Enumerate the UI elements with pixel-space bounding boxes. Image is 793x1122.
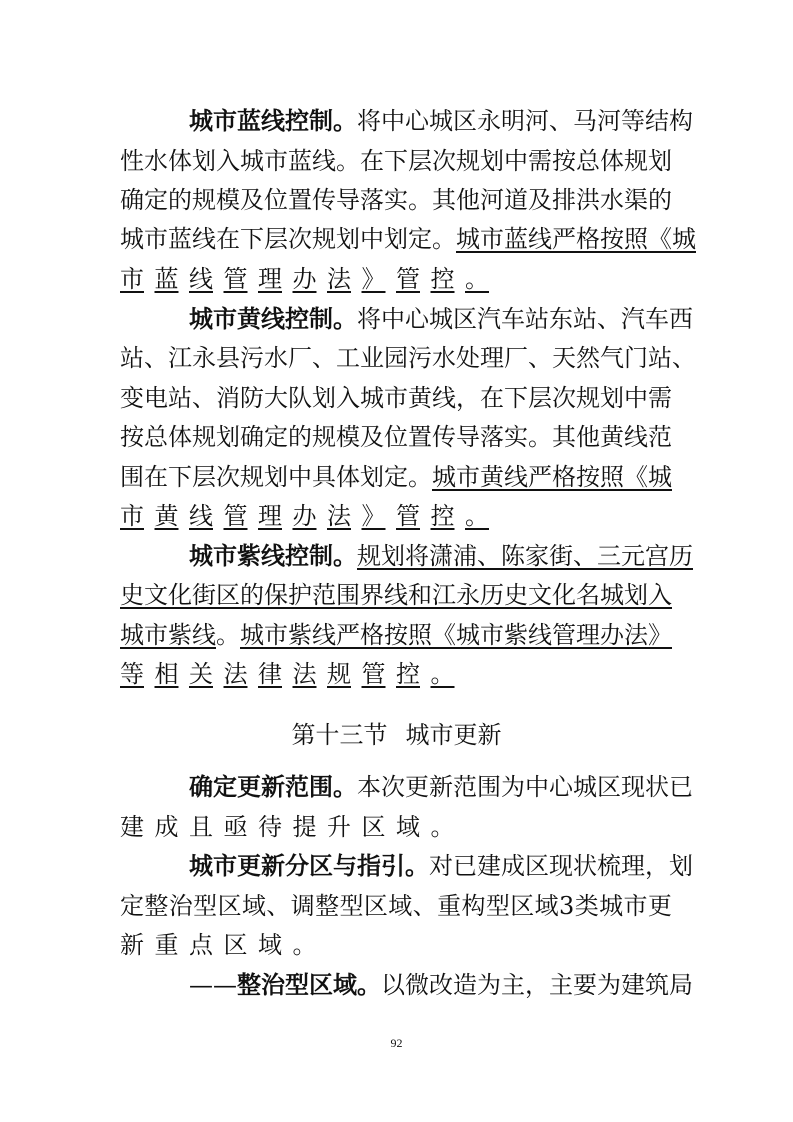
text-glyph: 更 xyxy=(237,851,261,881)
text-glyph: 城 xyxy=(456,224,480,254)
text-glyph: 导 xyxy=(456,422,480,452)
text-glyph: 且 xyxy=(189,812,213,842)
text-line: 城市蓝线控制。将中心城区永明河、马河等结构 xyxy=(189,106,672,136)
text-glyph: 层 xyxy=(264,224,288,254)
text-glyph: 黄 xyxy=(408,383,432,413)
text-glyph: 中 xyxy=(624,383,648,413)
text-glyph: 管 xyxy=(362,659,386,689)
text-glyph: 厂 xyxy=(288,343,312,373)
text-glyph: 的 xyxy=(648,185,672,215)
text-line: 市蓝线管理办法》管控。 xyxy=(120,264,672,294)
text-line: ——整治型区域。以微改造为主，主要为建筑局 xyxy=(189,970,672,1000)
text-glyph: 文 xyxy=(144,580,168,610)
text-glyph: 市 xyxy=(144,224,168,254)
text-glyph: 。 xyxy=(293,930,317,960)
text-glyph: 气 xyxy=(600,343,624,373)
text-glyph: 护 xyxy=(288,580,312,610)
text-glyph: 市 xyxy=(144,620,168,650)
text-glyph: 黄 xyxy=(155,501,179,531)
text-glyph: 域 xyxy=(535,891,559,921)
text-glyph: 区 xyxy=(597,772,621,802)
text-glyph: 其 xyxy=(432,185,456,215)
text-glyph: 界 xyxy=(360,580,384,610)
text-glyph: 相 xyxy=(155,659,179,689)
text-glyph: 规 xyxy=(312,422,336,452)
text-glyph: 。 xyxy=(357,970,381,1000)
text-glyph: 治 xyxy=(261,970,285,1000)
text-glyph: 成 xyxy=(155,812,179,842)
text-glyph: 状 xyxy=(645,772,669,802)
text-glyph: 控 xyxy=(285,541,309,571)
text-line: 按总体规划确定的规模及位置传导落实。其他黄线范 xyxy=(120,422,672,452)
text-glyph: 建 xyxy=(120,812,144,842)
text-glyph: 将 xyxy=(405,541,429,571)
text-glyph: 门 xyxy=(624,343,648,373)
text-glyph: 市 xyxy=(623,891,647,921)
text-glyph: 城 xyxy=(429,304,453,334)
text-glyph: 新 xyxy=(120,930,144,960)
text-glyph: 污 xyxy=(408,343,432,373)
text-glyph: 按 xyxy=(120,422,144,452)
text-glyph: 提 xyxy=(293,812,317,842)
text-glyph: 划 xyxy=(600,383,624,413)
text-glyph: 范 xyxy=(648,422,672,452)
text-line: 城市黄线控制。将中心城区汽车站东站、汽车西 xyxy=(189,304,672,334)
text-glyph: 理 xyxy=(258,264,282,294)
text-glyph: 范 xyxy=(453,772,477,802)
text-glyph: 中 xyxy=(288,462,312,492)
text-glyph: 层 xyxy=(408,146,432,176)
text-glyph: 确 xyxy=(189,772,213,802)
text-line: 性水体划入城市蓝线。在下层次规划中需按总体规划 xyxy=(120,146,672,176)
text-glyph: 体 xyxy=(168,146,192,176)
text-glyph: 线 xyxy=(192,224,216,254)
text-glyph: 。 xyxy=(336,146,360,176)
text-glyph: 、 xyxy=(528,343,552,373)
text-glyph: 需 xyxy=(648,383,672,413)
text-glyph: 蓝 xyxy=(288,146,312,176)
text-glyph: 家 xyxy=(525,541,549,571)
text-glyph: 照 xyxy=(408,620,432,650)
text-glyph: 下 xyxy=(168,462,192,492)
text-line: 定整治型区域、调整型区域、重构型区域3类城市更 xyxy=(120,891,672,921)
text-glyph: 的 xyxy=(240,580,264,610)
text-glyph: 。 xyxy=(408,462,432,492)
text-glyph: 实 xyxy=(384,185,408,215)
text-glyph: 市 xyxy=(120,264,144,294)
text-glyph: 名 xyxy=(576,580,600,610)
text-glyph: 规 xyxy=(192,422,216,452)
text-glyph: 。 xyxy=(465,264,489,294)
text-glyph: 定 xyxy=(144,185,168,215)
text-glyph: 线 xyxy=(261,304,285,334)
text-glyph: 业 xyxy=(360,343,384,373)
text-glyph: 汽 xyxy=(621,304,645,334)
text-glyph: 传 xyxy=(312,185,336,215)
text-glyph: 规 xyxy=(327,659,351,689)
text-glyph: 江 xyxy=(432,580,456,610)
text-glyph: 河 xyxy=(525,106,549,136)
text-glyph: 及 xyxy=(360,422,384,452)
text-glyph: 现 xyxy=(621,772,645,802)
text-glyph: 城 xyxy=(600,580,624,610)
text-glyph: 变 xyxy=(120,383,144,413)
text-glyph: 。 xyxy=(333,541,357,571)
text-glyph: — xyxy=(189,970,213,1000)
text-glyph: 定 xyxy=(120,891,144,921)
text-glyph: 已 xyxy=(453,851,477,881)
text-glyph: 定 xyxy=(213,772,237,802)
text-glyph: 新 xyxy=(429,772,453,802)
text-glyph: 模 xyxy=(336,422,360,452)
text-glyph: 站 xyxy=(120,343,144,373)
text-glyph: 线 xyxy=(312,620,336,650)
text-glyph: 位 xyxy=(384,422,408,452)
text-glyph: 永 xyxy=(477,106,501,136)
text-glyph: 域 xyxy=(333,970,357,1000)
text-glyph: 城 xyxy=(189,541,213,571)
text-glyph: 法 xyxy=(224,659,248,689)
text-glyph: 中 xyxy=(525,772,549,802)
text-glyph: 在 xyxy=(480,383,504,413)
text-glyph: 域 xyxy=(388,891,412,921)
text-glyph: 按 xyxy=(576,462,600,492)
page-number: 92 xyxy=(0,1036,793,1051)
text-glyph: 律 xyxy=(258,659,282,689)
text-glyph: 落 xyxy=(480,422,504,452)
text-glyph: 划 xyxy=(264,462,288,492)
text-glyph: 的 xyxy=(168,185,192,215)
text-glyph: 等 xyxy=(120,659,144,689)
text-glyph: 体 xyxy=(168,422,192,452)
text-glyph: 区 xyxy=(309,970,333,1000)
text-glyph: 现 xyxy=(549,851,573,881)
text-glyph: 在 xyxy=(360,146,384,176)
text-line: 新重点区域。 xyxy=(120,930,672,960)
text-glyph: 。 xyxy=(333,106,357,136)
text-glyph: 构 xyxy=(461,891,485,921)
text-glyph: 史 xyxy=(504,580,528,610)
text-glyph: 引 xyxy=(381,851,405,881)
text-glyph: 范 xyxy=(312,580,336,610)
text-glyph: 元 xyxy=(621,541,645,571)
text-glyph: 点 xyxy=(189,930,213,960)
text-glyph: 围 xyxy=(309,772,333,802)
text-glyph: 街 xyxy=(549,541,573,571)
text-line: 变电站、消防大队划入城市黄线，在下层次规划中需 xyxy=(120,383,672,413)
text-glyph: 保 xyxy=(264,580,288,610)
text-line: 确定更新范围。本次更新范围为中心城区现状已 xyxy=(189,772,672,802)
text-glyph: 类 xyxy=(575,891,599,921)
text-glyph: 心 xyxy=(549,772,573,802)
text-glyph: 构 xyxy=(669,106,693,136)
text-glyph: 划 xyxy=(384,224,408,254)
text-glyph: 线 xyxy=(504,462,528,492)
text-glyph: 围 xyxy=(477,772,501,802)
text-glyph: 以 xyxy=(381,970,405,1000)
text-glyph: 划 xyxy=(480,146,504,176)
text-line: 城市更新分区与指引。对已建成区现状梳理，划 xyxy=(189,851,672,881)
text-glyph: 、 xyxy=(192,383,216,413)
text-glyph: 河 xyxy=(597,106,621,136)
text-glyph: 规 xyxy=(357,541,381,571)
text-glyph: 理 xyxy=(480,343,504,373)
text-glyph: 层 xyxy=(192,462,216,492)
text-glyph: 区 xyxy=(309,851,333,881)
text-glyph: 严 xyxy=(552,224,576,254)
text-glyph: 办 xyxy=(600,620,624,650)
text-glyph: 蓝 xyxy=(155,264,179,294)
text-glyph: 。 xyxy=(528,422,552,452)
text-glyph: 线 xyxy=(432,383,456,413)
text-glyph: 心 xyxy=(405,106,429,136)
text-glyph: 按 xyxy=(600,224,624,254)
text-glyph: 线 xyxy=(624,422,648,452)
text-glyph: 东 xyxy=(549,304,573,334)
text-glyph: 城 xyxy=(672,224,696,254)
text-glyph: 。 xyxy=(431,659,455,689)
text-glyph: 中 xyxy=(504,146,528,176)
text-glyph: 区 xyxy=(453,304,477,334)
text-glyph: 结 xyxy=(645,106,669,136)
text-glyph: 然 xyxy=(576,343,600,373)
section-title: 城市更新 xyxy=(406,721,502,749)
text-glyph: 区 xyxy=(224,930,248,960)
text-glyph: 站 xyxy=(168,383,192,413)
text-glyph: ， xyxy=(456,383,480,413)
text-glyph: 梳 xyxy=(597,851,621,881)
text-glyph: 、 xyxy=(597,304,621,334)
text-glyph: 按 xyxy=(384,620,408,650)
text-glyph: 明 xyxy=(501,106,525,136)
text-glyph: 域 xyxy=(242,891,266,921)
text-glyph: 照 xyxy=(600,462,624,492)
text-glyph: 规 xyxy=(576,383,600,413)
text-glyph: 陈 xyxy=(501,541,525,571)
text-glyph: 历 xyxy=(669,541,693,571)
text-glyph: 市 xyxy=(213,541,237,571)
section-heading: 第十三节城市更新 xyxy=(0,720,793,750)
text-glyph: 为 xyxy=(501,772,525,802)
text-glyph: 入 xyxy=(336,383,360,413)
text-glyph: 主 xyxy=(501,970,525,1000)
text-glyph: 对 xyxy=(429,851,453,881)
text-glyph: 城 xyxy=(429,106,453,136)
text-glyph: 市 xyxy=(264,146,288,176)
text-glyph: 定 xyxy=(408,224,432,254)
text-glyph: 划 xyxy=(648,146,672,176)
text-glyph: 传 xyxy=(432,422,456,452)
text-glyph: 区 xyxy=(218,891,242,921)
text-glyph: 总 xyxy=(576,146,600,176)
text-glyph: 划 xyxy=(192,146,216,176)
text-glyph: 更 xyxy=(237,772,261,802)
text-glyph: 范 xyxy=(285,772,309,802)
text-glyph: 次 xyxy=(216,462,240,492)
text-glyph: 大 xyxy=(264,383,288,413)
text-glyph: 法 xyxy=(293,659,317,689)
text-glyph: 划 xyxy=(336,224,360,254)
text-glyph: 及 xyxy=(240,185,264,215)
text-glyph: 制 xyxy=(309,106,333,136)
text-glyph: 划 xyxy=(312,383,336,413)
text-glyph: 为 xyxy=(597,970,621,1000)
text-glyph: 和 xyxy=(408,580,432,610)
text-glyph: 线 xyxy=(261,106,285,136)
text-glyph: 制 xyxy=(309,541,333,571)
text-glyph: 型 xyxy=(285,970,309,1000)
text-glyph: 消 xyxy=(216,383,240,413)
text-glyph: 永 xyxy=(192,343,216,373)
text-glyph: 城 xyxy=(240,620,264,650)
text-glyph: 、 xyxy=(672,343,696,373)
text-glyph: 制 xyxy=(309,304,333,334)
text-glyph: 区 xyxy=(525,851,549,881)
text-glyph: 本 xyxy=(357,772,381,802)
text-glyph: 为 xyxy=(477,970,501,1000)
text-glyph: 控 xyxy=(285,304,309,334)
text-glyph: 车 xyxy=(501,304,525,334)
text-glyph: 置 xyxy=(288,185,312,215)
text-glyph: 严 xyxy=(336,620,360,650)
text-line: 城市蓝线在下层次规划中划定。城市蓝线严格按照《城 xyxy=(120,224,672,254)
text-glyph: 体 xyxy=(600,146,624,176)
text-glyph: 新 xyxy=(261,851,285,881)
text-glyph: 控 xyxy=(285,106,309,136)
text-glyph: 城 xyxy=(189,106,213,136)
text-glyph: 。 xyxy=(333,772,357,802)
text-glyph: 3 xyxy=(559,891,574,921)
text-glyph: 车 xyxy=(645,304,669,334)
text-glyph: 升 xyxy=(327,812,351,842)
text-glyph: 定 xyxy=(264,422,288,452)
text-glyph: 域 xyxy=(396,812,420,842)
text-glyph: 渠 xyxy=(624,185,648,215)
document-page: 城市蓝线控制。将中心城区永明河、马河等结构性水体划入城市蓝线。在下层次规划中需按… xyxy=(0,0,793,1122)
text-glyph: 实 xyxy=(504,422,528,452)
text-glyph: 历 xyxy=(480,580,504,610)
text-glyph: 市 xyxy=(480,224,504,254)
text-glyph: 洪 xyxy=(576,185,600,215)
text-glyph: 市 xyxy=(213,851,237,881)
text-glyph: 与 xyxy=(333,851,357,881)
text-glyph: 划 xyxy=(381,541,405,571)
text-glyph: 法 xyxy=(624,620,648,650)
text-glyph: 规 xyxy=(192,185,216,215)
text-glyph: 他 xyxy=(576,422,600,452)
text-glyph: 站 xyxy=(573,304,597,334)
text-line: 城市紫线控制。规划将潇浦、陈家街、三元宫历 xyxy=(189,541,672,571)
text-glyph: 区 xyxy=(364,891,388,921)
text-glyph: 管 xyxy=(396,264,420,294)
text-glyph: 重 xyxy=(155,930,179,960)
text-glyph: 城 xyxy=(120,224,144,254)
text-glyph: 、 xyxy=(477,541,501,571)
text-glyph: 已 xyxy=(669,772,693,802)
text-glyph: 型 xyxy=(340,891,364,921)
text-glyph: 蓝 xyxy=(237,106,261,136)
text-glyph: 、 xyxy=(312,343,336,373)
text-glyph: 紫 xyxy=(288,620,312,650)
text-glyph: 模 xyxy=(216,185,240,215)
text-glyph: 域 xyxy=(258,930,282,960)
text-glyph: 城 xyxy=(360,383,384,413)
text-line: 站、江永县污水厂、工业园污水处理厂、天然气门站、 xyxy=(120,343,672,373)
text-glyph: 市 xyxy=(264,620,288,650)
text-glyph: 体 xyxy=(336,462,360,492)
text-glyph: 围 xyxy=(120,462,144,492)
text-glyph: 次 xyxy=(381,772,405,802)
text-glyph: 建 xyxy=(621,970,645,1000)
text-glyph: 控 xyxy=(431,264,455,294)
text-glyph: ， xyxy=(645,851,669,881)
text-line: 城市紫线。城市紫线严格按照《城市紫线管理办法》 xyxy=(120,620,672,650)
text-glyph: 型 xyxy=(486,891,510,921)
text-glyph: 黄 xyxy=(237,304,261,334)
text-glyph: 性 xyxy=(120,146,144,176)
text-glyph: 照 xyxy=(624,224,648,254)
text-glyph: 次 xyxy=(288,224,312,254)
text-glyph: 紫 xyxy=(237,541,261,571)
text-glyph: 位 xyxy=(264,185,288,215)
text-glyph: 格 xyxy=(576,224,600,254)
text-glyph: 调 xyxy=(291,891,315,921)
text-glyph: 中 xyxy=(381,304,405,334)
text-glyph: 线 xyxy=(189,501,213,531)
text-glyph: 马 xyxy=(573,106,597,136)
text-glyph: 指 xyxy=(357,851,381,881)
text-glyph: 》 xyxy=(648,620,672,650)
text-glyph: 置 xyxy=(408,422,432,452)
text-glyph: 。 xyxy=(216,620,240,650)
text-glyph: 城 xyxy=(189,851,213,881)
text-glyph: 。 xyxy=(408,185,432,215)
text-glyph: 线 xyxy=(528,620,552,650)
text-glyph: 改 xyxy=(429,970,453,1000)
text-glyph: 成 xyxy=(501,851,525,881)
text-glyph: 的 xyxy=(288,422,312,452)
text-glyph: 浦 xyxy=(453,541,477,571)
text-glyph: 入 xyxy=(648,580,672,610)
text-glyph: 下 xyxy=(384,146,408,176)
text-glyph: 管 xyxy=(224,501,248,531)
text-glyph: 污 xyxy=(240,343,264,373)
text-glyph: — xyxy=(213,970,237,1000)
text-glyph: 下 xyxy=(504,383,528,413)
text-glyph: 线 xyxy=(312,146,336,176)
text-glyph: 更 xyxy=(405,772,429,802)
text-glyph: 将 xyxy=(357,304,381,334)
text-glyph: 围 xyxy=(336,580,360,610)
text-glyph: 理 xyxy=(621,851,645,881)
text-glyph: 次 xyxy=(552,383,576,413)
text-glyph: 城 xyxy=(648,462,672,492)
text-glyph: 城 xyxy=(599,891,623,921)
text-glyph: 城 xyxy=(120,620,144,650)
text-glyph: 下 xyxy=(240,224,264,254)
text-glyph: 城 xyxy=(240,146,264,176)
text-glyph: 造 xyxy=(453,970,477,1000)
text-glyph: 。 xyxy=(431,812,455,842)
text-line: 市黄线管理办法》管控。 xyxy=(120,501,672,531)
text-glyph: 按 xyxy=(552,146,576,176)
text-glyph: 次 xyxy=(432,146,456,176)
text-glyph: ， xyxy=(525,970,549,1000)
text-glyph: 办 xyxy=(293,264,317,294)
text-glyph: 控 xyxy=(396,659,420,689)
text-glyph: 紫 xyxy=(504,620,528,650)
text-glyph: 线 xyxy=(189,264,213,294)
